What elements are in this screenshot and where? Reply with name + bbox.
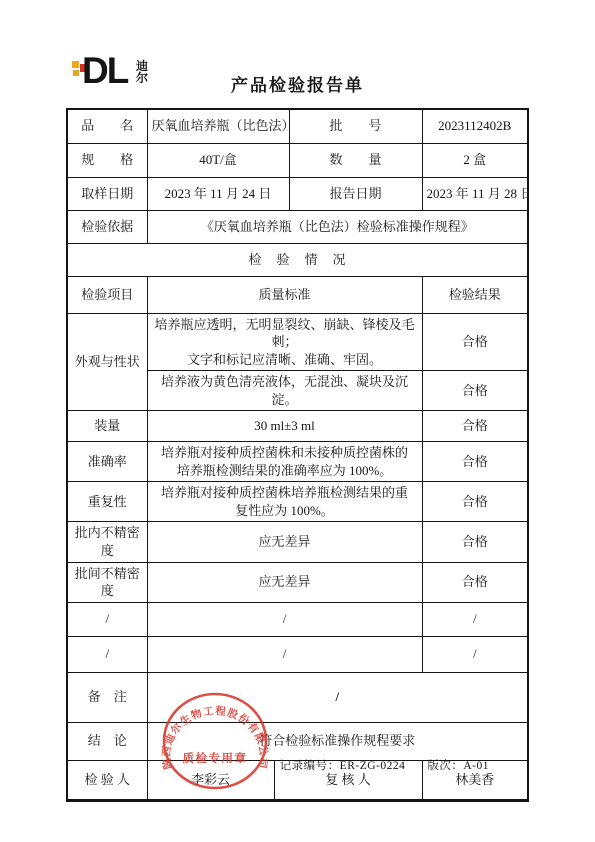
version-label: 版次： (427, 760, 463, 772)
product-name-value: 厌氧血培养瓶（比色法） (147, 110, 289, 143)
report-date-label: 报告日期 (289, 177, 422, 210)
report-date-value: 2023 年 11 月 28 日 (422, 177, 527, 210)
batch-no-value: 2023112402B (422, 110, 527, 143)
accuracy-result: 合格 (422, 442, 527, 482)
table-row: 重复性 培养瓶对接种质控菌株培养瓶检测结果的重 复性应为 100%。 合格 (68, 482, 527, 522)
empty-result-slash: / (422, 602, 527, 636)
item-intra-batch-label: 批内不精密度 (68, 522, 147, 562)
table-row: 规 格 40T/盒 数 量 2 盒 (68, 143, 527, 177)
table-row: 检验依据 《厌氧血培养瓶（比色法）检验标准操作规程》 (68, 210, 527, 243)
sampling-date-value: 2023 年 11 月 24 日 (147, 177, 289, 210)
table-row: 批间不精密度 应无差异 合格 (68, 562, 527, 602)
table-row: 检 验 情 况 (68, 243, 527, 276)
item-appearance-label: 外观与性状 (68, 313, 147, 411)
repeatability-standard: 培养瓶对接种质控菌株培养瓶检测结果的重 复性应为 100%。 (147, 482, 422, 522)
table-row: 取样日期 2023 年 11 月 24 日 报告日期 2023 年 11 月 2… (68, 177, 527, 210)
spec-value: 40T/盒 (147, 143, 289, 177)
conclusion-label: 结 论 (68, 722, 147, 760)
fill-volume-result: 合格 (422, 411, 527, 442)
inter-batch-standard: 应无差异 (147, 562, 422, 602)
basis-value: 《厌氧血培养瓶（比色法）检验标准操作规程》 (147, 210, 527, 243)
accuracy-standard: 培养瓶对接种质控菌株和未接种质控菌株的 培养瓶检测结果的准确率应为 100%。 (147, 442, 422, 482)
inspection-report-page: DL 迪 尔 产品检验报告单 品 名 厌氧血培养瓶（比色法） 批 号 20231… (0, 0, 595, 842)
record-no-value: ER-ZG-0224 (340, 760, 406, 772)
table-row: 批内不精密度 应无差异 合格 (68, 522, 527, 562)
report-table: 品 名 厌氧血培养瓶（比色法） 批 号 2023112402B 规 格 40T/… (66, 108, 529, 802)
repeatability-result: 合格 (422, 482, 527, 522)
intra-batch-result: 合格 (422, 522, 527, 562)
empty-standard-slash: / (147, 636, 422, 672)
page-title: 产品检验报告单 (0, 71, 595, 96)
spec-label: 规 格 (68, 143, 147, 177)
remark-label: 备 注 (68, 672, 147, 722)
table-row: 结 论 符合检验标准操作规程要求 (68, 722, 527, 760)
quantity-value: 2 盒 (422, 143, 527, 177)
record-footer: 记录编号：ER-ZG-0224版次：A-01 (0, 757, 489, 773)
item-fill-volume-label: 装量 (68, 411, 147, 442)
conclusion-value: 符合检验标准操作规程要求 (147, 722, 527, 760)
product-name-label: 品 名 (68, 110, 147, 143)
item-accuracy-label: 准确率 (68, 442, 147, 482)
table-row: 品 名 厌氧血培养瓶（比色法） 批 号 2023112402B (68, 110, 527, 143)
table-row: 准确率 培养瓶对接种质控菌株和未接种质控菌株的 培养瓶检测结果的准确率应为 10… (68, 442, 527, 482)
logo-orange-square-icon (72, 61, 79, 68)
item-repeatability-label: 重复性 (68, 482, 147, 522)
appearance-result-1: 合格 (422, 313, 527, 371)
table-row: / / / (68, 636, 527, 672)
table-row: 装量 30 ml±3 ml 合格 (68, 411, 527, 442)
item-inter-batch-label: 批间不精密度 (68, 562, 147, 602)
empty-standard-slash: / (147, 602, 422, 636)
record-no-label: 记录编号： (280, 760, 340, 772)
table-row: 外观与性状 培养瓶应透明，无明显裂纹、崩缺、锋棱及毛刺； 文字和标记应清晰、准确… (68, 313, 527, 371)
table-row: 备 注 / (68, 672, 527, 722)
fill-volume-standard: 30 ml±3 ml (147, 411, 422, 442)
table-row: 检验项目 质量标准 检验结果 (68, 276, 527, 313)
intra-batch-standard: 应无差异 (147, 522, 422, 562)
empty-item-slash: / (68, 602, 147, 636)
basis-label: 检验依据 (68, 210, 147, 243)
empty-item-slash: / (68, 636, 147, 672)
section-title: 检 验 情 况 (68, 243, 527, 276)
col-header-item: 检验项目 (68, 276, 147, 313)
appearance-result-2: 合格 (422, 371, 527, 411)
col-header-result: 检验结果 (422, 276, 527, 313)
empty-result-slash: / (422, 636, 527, 672)
col-header-standard: 质量标准 (147, 276, 422, 313)
table-row: / / / (68, 602, 527, 636)
quantity-label: 数 量 (289, 143, 422, 177)
version-value: A-01 (463, 760, 489, 772)
remark-value: / (147, 672, 527, 722)
appearance-standard-1: 培养瓶应透明，无明显裂纹、崩缺、锋棱及毛刺； 文字和标记应清晰、准确、牢固。 (147, 313, 422, 371)
batch-no-label: 批 号 (289, 110, 422, 143)
appearance-standard-2: 培养液为黄色清亮液体，无混浊、凝块及沉淀。 (147, 371, 422, 411)
sampling-date-label: 取样日期 (68, 177, 147, 210)
inter-batch-result: 合格 (422, 562, 527, 602)
